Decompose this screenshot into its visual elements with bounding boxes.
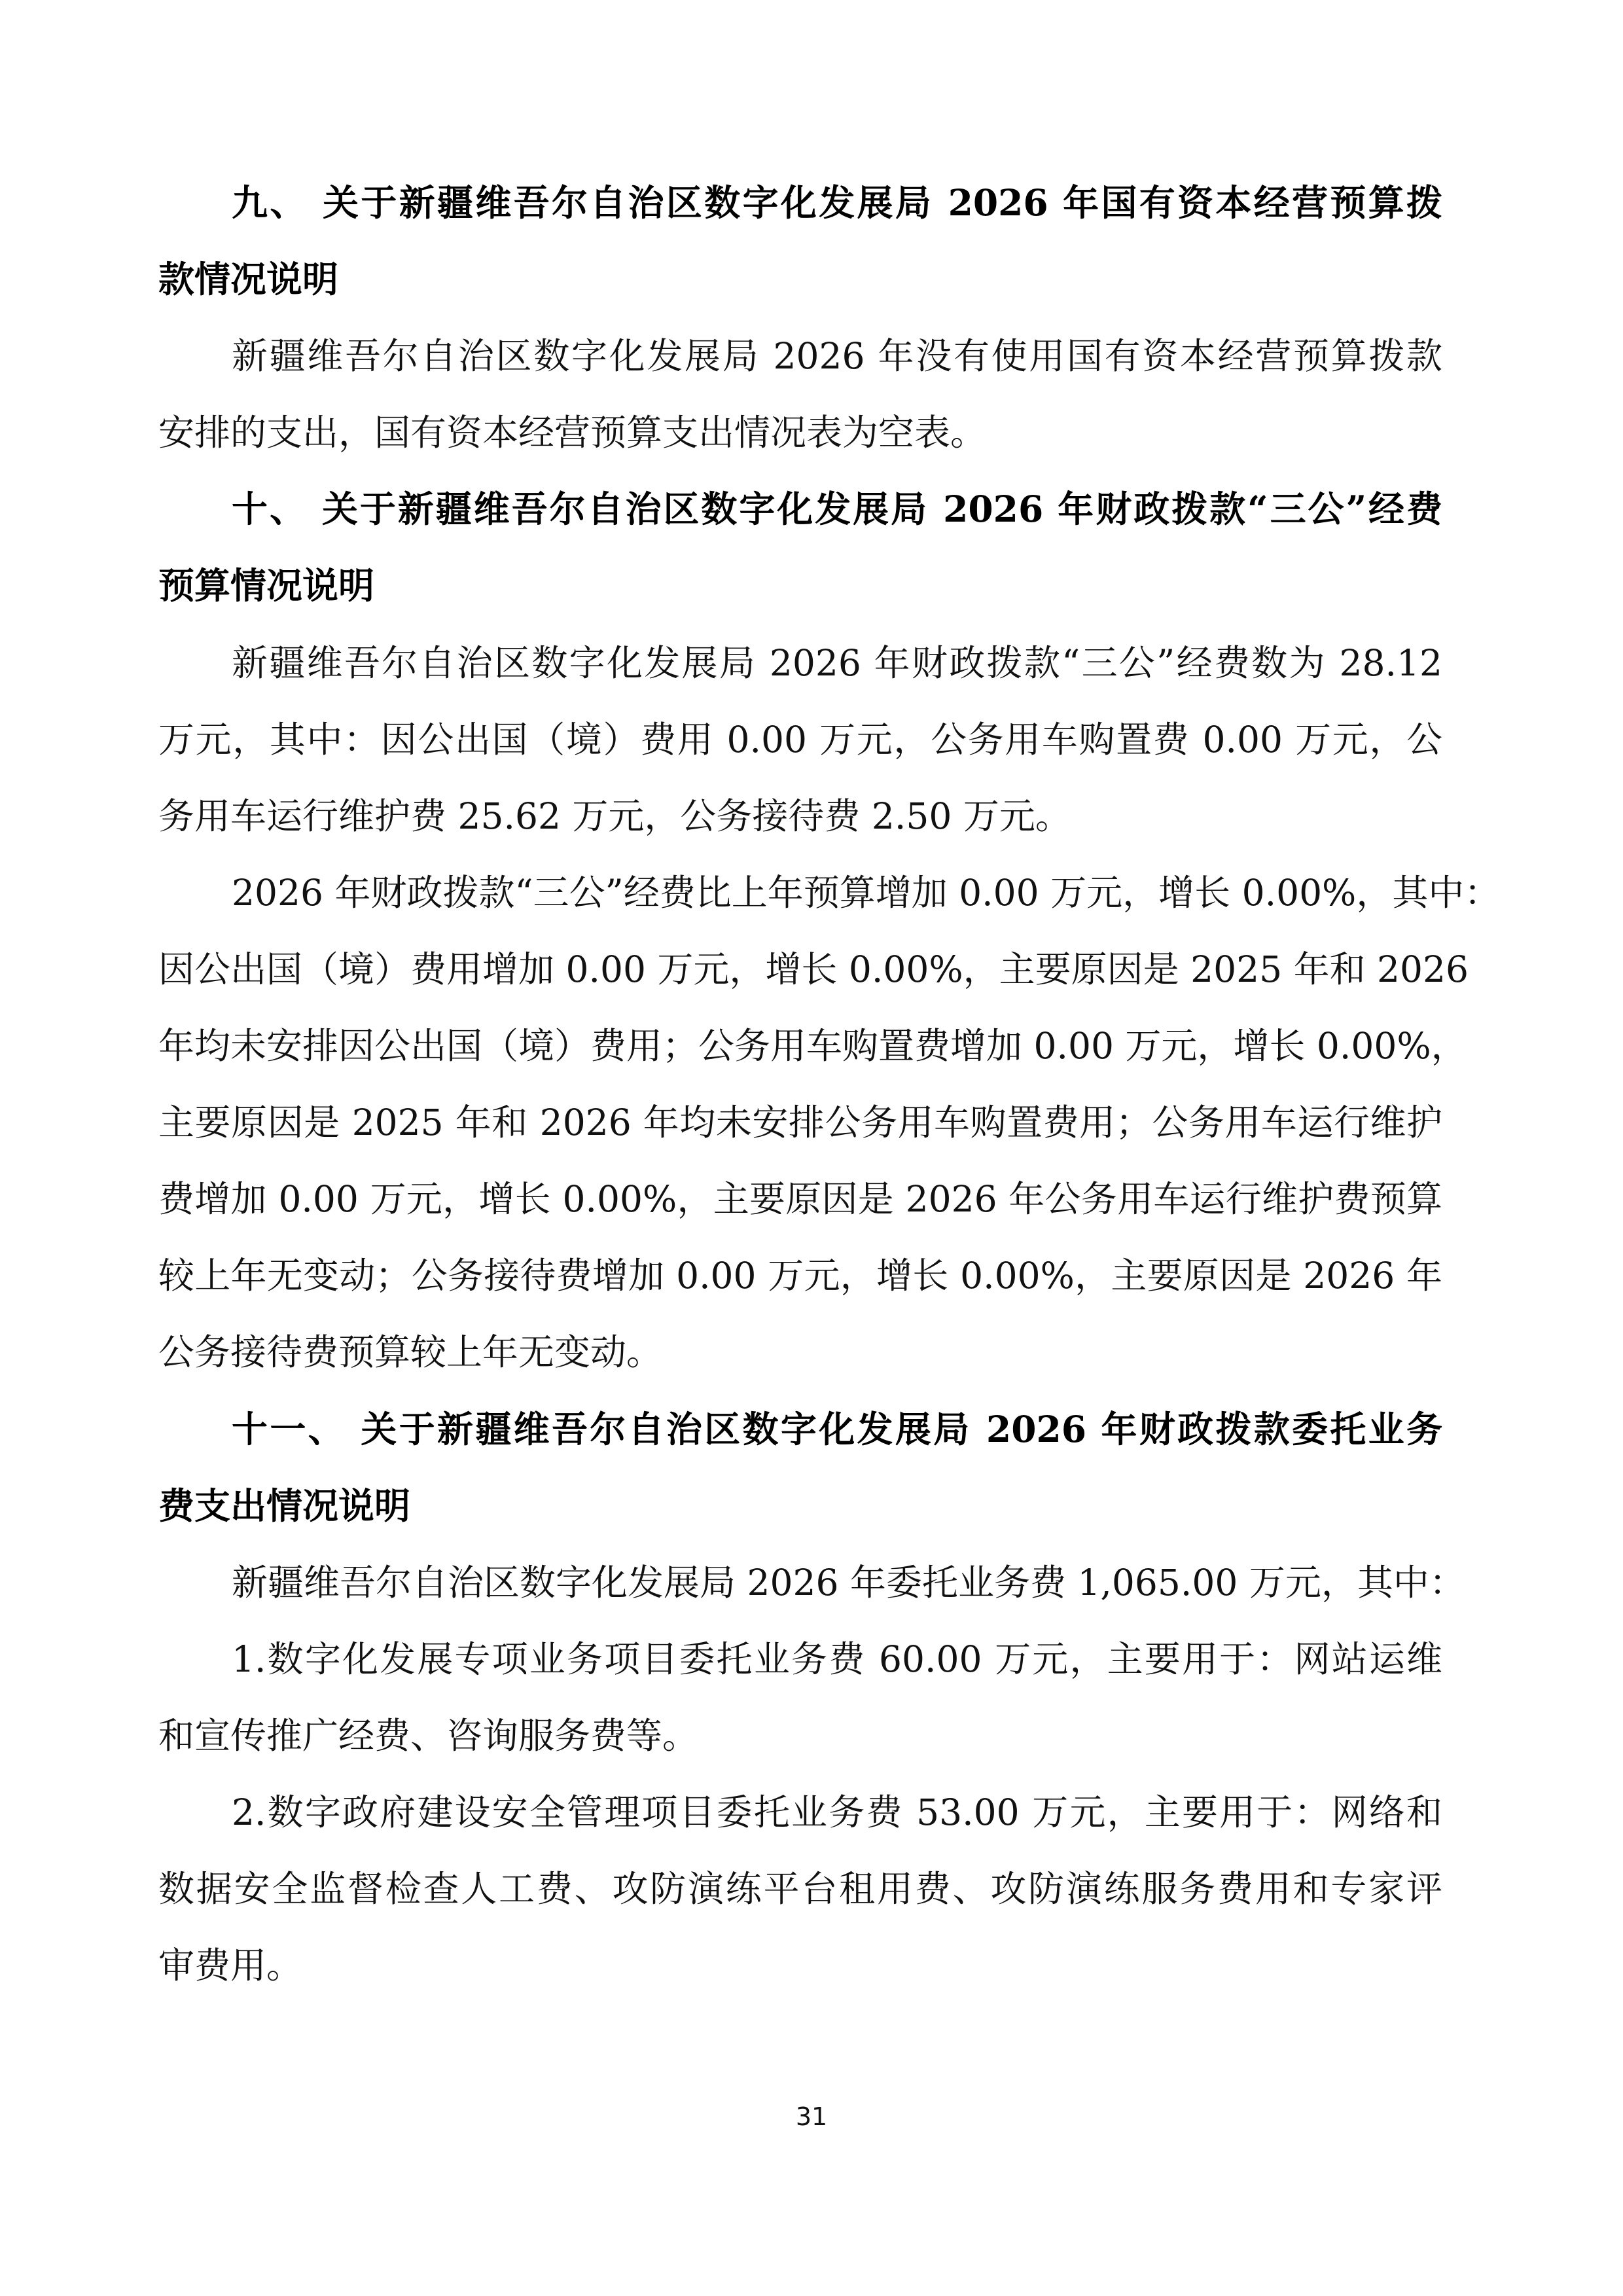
paragraph-line: 新疆维吾尔自治区数字化发展局 2026 年财政拨款“三公”经费数为 28.12 — [158, 637, 1442, 713]
paragraph-line: 公务接待费预算较上年无变动。 — [158, 1326, 1442, 1403]
paragraph-line: 较上年无变动；公务接待费增加 0.00 万元，增长 0.00%，主要原因是 20… — [158, 1249, 1442, 1326]
paragraph-line: 新疆维吾尔自治区数字化发展局 2026 年没有使用国有资本经营预算拨款 — [158, 330, 1442, 406]
section-heading: 十、 关于新疆维吾尔自治区数字化发展局 2026 年财政拨款“三公”经费 — [158, 483, 1442, 560]
paragraph-line: 主要原因是 2025 年和 2026 年均未安排公务用车购置费用；公务用车运行维… — [158, 1096, 1442, 1173]
paragraph-line: 费增加 0.00 万元，增长 0.00%，主要原因是 2026 年公务用车运行维… — [158, 1173, 1442, 1249]
section-heading-continued: 预算情况说明 — [158, 560, 1442, 636]
page-body: 九、 关于新疆维吾尔自治区数字化发展局 2026 年国有资本经营预算拨 款情况说… — [158, 177, 1442, 2016]
page-number: 31 — [746, 2101, 877, 2132]
paragraph-line: 因公出国（境）费用增加 0.00 万元，增长 0.00%，主要原因是 2025 … — [158, 943, 1442, 1020]
paragraph-line: 新疆维吾尔自治区数字化发展局 2026 年委托业务费 1,065.00 万元，其… — [158, 1556, 1442, 1633]
section-11: 十一、 关于新疆维吾尔自治区数字化发展局 2026 年财政拨款委托业务 费支出情… — [158, 1403, 1442, 2017]
paragraph-line: 万元，其中：因公出国（境）费用 0.00 万元，公务用车购置费 0.00 万元，… — [158, 713, 1442, 790]
document-page: 九、 关于新疆维吾尔自治区数字化发展局 2026 年国有资本经营预算拨 款情况说… — [0, 0, 1623, 2296]
paragraph-line: 务用车运行维护费 25.62 万元，公务接待费 2.50 万元。 — [158, 790, 1442, 867]
list-item-line: 和宣传推广经费、咨询服务费等。 — [158, 1710, 1442, 1786]
paragraph-line: 安排的支出，国有资本经营预算支出情况表为空表。 — [158, 406, 1442, 483]
section-heading-continued: 款情况说明 — [158, 253, 1442, 330]
section-heading: 十一、 关于新疆维吾尔自治区数字化发展局 2026 年财政拨款委托业务 — [158, 1403, 1442, 1480]
paragraph-line: 年均未安排因公出国（境）费用；公务用车购置费增加 0.00 万元，增长 0.00… — [158, 1020, 1442, 1096]
list-item-line: 审费用。 — [158, 1939, 1442, 2016]
paragraph-line: 2026 年财政拨款“三公”经费比上年预算增加 0.00 万元，增长 0.00%… — [158, 867, 1442, 943]
list-item-line: 2.数字政府建设安全管理项目委托业务费 53.00 万元，主要用于：网络和 — [158, 1786, 1442, 1863]
list-item-line: 1.数字化发展专项业务项目委托业务费 60.00 万元，主要用于：网站运维 — [158, 1633, 1442, 1710]
section-heading: 九、 关于新疆维吾尔自治区数字化发展局 2026 年国有资本经营预算拨 — [158, 177, 1442, 253]
section-10: 十、 关于新疆维吾尔自治区数字化发展局 2026 年财政拨款“三公”经费 预算情… — [158, 483, 1442, 1403]
list-item-line: 数据安全监督检查人工费、攻防演练平台租用费、攻防演练服务费用和专家评 — [158, 1863, 1442, 1939]
section-9: 九、 关于新疆维吾尔自治区数字化发展局 2026 年国有资本经营预算拨 款情况说… — [158, 177, 1442, 483]
section-heading-continued: 费支出情况说明 — [158, 1480, 1442, 1556]
